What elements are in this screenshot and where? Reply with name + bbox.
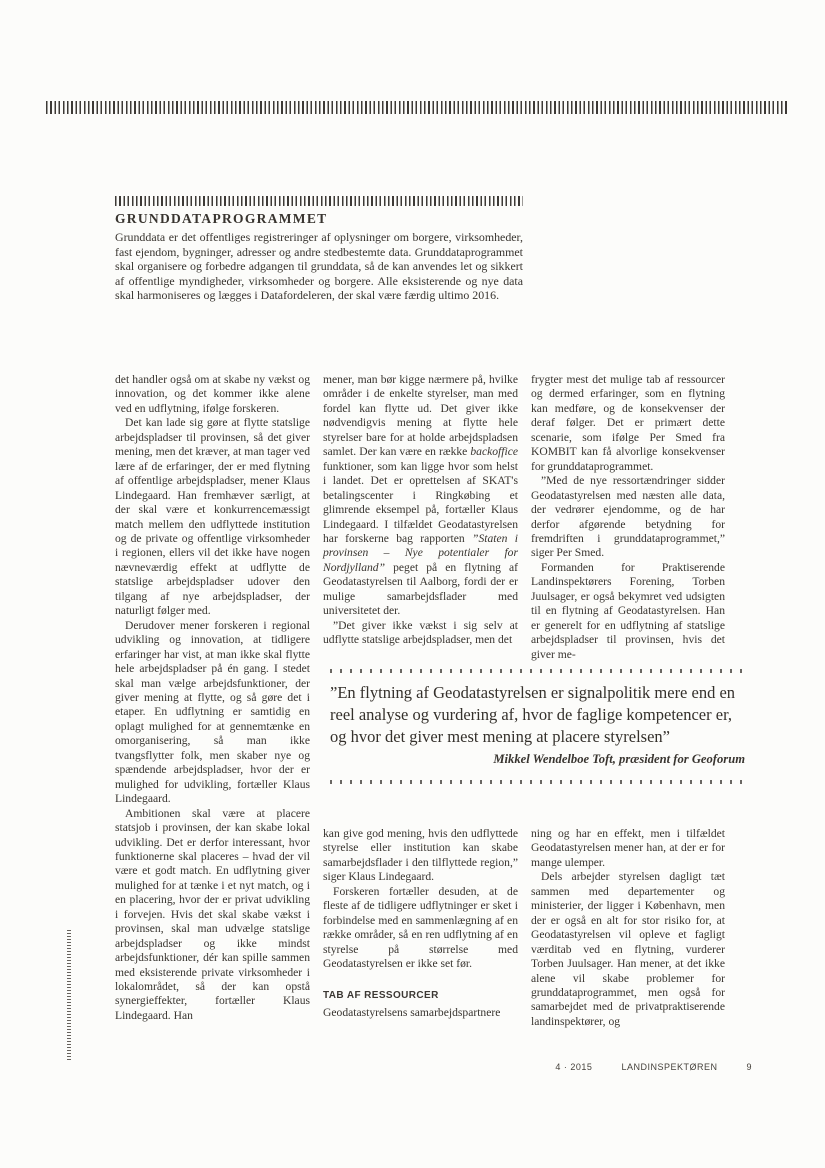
body-paragraph: Geodatastyrelsens samarbejdspartnere bbox=[323, 1006, 518, 1020]
article-column-2-upper: mener, man bør kigge nærmere på, hvilke … bbox=[323, 373, 518, 648]
body-paragraph: frygter mest det mulige tab af ressource… bbox=[531, 373, 725, 474]
quote-attribution: Mikkel Wendelboe Toft, præsident for Geo… bbox=[330, 752, 745, 767]
italic-term: backoffice bbox=[470, 445, 518, 458]
article-column-3-lower: ning og har en effekt, men i tilfældet G… bbox=[531, 827, 725, 1029]
body-paragraph: Formanden for Praktiserende Landinspektø… bbox=[531, 561, 725, 662]
quote-dotted-rule-top bbox=[330, 669, 747, 673]
page-footer: 4 · 2015 LANDINSPEKTØREN 9 bbox=[0, 1062, 752, 1072]
section-heading-tab-af-ressourcer: TAB AF RESSOURCER bbox=[323, 989, 518, 1003]
pull-quote: ”En flytning af Geodatastyrelsen er sign… bbox=[330, 669, 747, 784]
article-column-3-upper: frygter mest det mulige tab af ressource… bbox=[531, 373, 725, 662]
infobox-body: Grunddata er det offentliges registrerin… bbox=[115, 230, 523, 303]
quote-text: ”En flytning af Geodatastyrelsen er sign… bbox=[330, 682, 747, 748]
body-paragraph: ”Det giver ikke vækst i sig selv at udfl… bbox=[323, 619, 518, 648]
infobox-grunddataprogrammet: GRUNDDATAPROGRAMMET Grunddata er det off… bbox=[115, 196, 523, 303]
article-column-2-lower: kan give god mening, hvis den udflyttede… bbox=[323, 827, 518, 1020]
footer-page-number: 9 bbox=[746, 1062, 752, 1072]
body-paragraph: Dels arbejder styrelsen dagligt tæt samm… bbox=[531, 870, 725, 1029]
body-paragraph: Forskeren fortæller desuden, at de flest… bbox=[323, 885, 518, 972]
body-paragraph: Derudover mener forskeren i regional udv… bbox=[115, 619, 310, 807]
quote-dotted-rule-bottom bbox=[330, 780, 747, 784]
footer-issue: 4 · 2015 bbox=[555, 1062, 592, 1072]
margin-microtext bbox=[67, 928, 71, 1060]
body-paragraph: ”Med de nye ressortændringer sidder Geod… bbox=[531, 474, 725, 561]
body-paragraph: det handler også om at skabe ny vækst og… bbox=[115, 373, 310, 416]
body-paragraph: kan give god mening, hvis den udflyttede… bbox=[323, 827, 518, 885]
body-paragraph: ning og har en effekt, men i tilfældet G… bbox=[531, 827, 725, 870]
article-column-1: det handler også om at skabe ny vækst og… bbox=[115, 373, 310, 1023]
body-paragraph: Det kan lade sig gøre at flytte statslig… bbox=[115, 416, 310, 618]
decorative-barcode-rule-infobox bbox=[115, 196, 523, 206]
body-paragraph: Ambitionen skal være at placere statsjob… bbox=[115, 807, 310, 1024]
magazine-page: GRUNDDATAPROGRAMMET Grunddata er det off… bbox=[0, 0, 825, 1168]
footer-magazine-title: LANDINSPEKTØREN bbox=[621, 1062, 717, 1072]
decorative-barcode-rule-top bbox=[46, 101, 788, 114]
body-paragraph: mener, man bør kigge nærmere på, hvilke … bbox=[323, 373, 518, 619]
infobox-title: GRUNDDATAPROGRAMMET bbox=[115, 211, 523, 227]
